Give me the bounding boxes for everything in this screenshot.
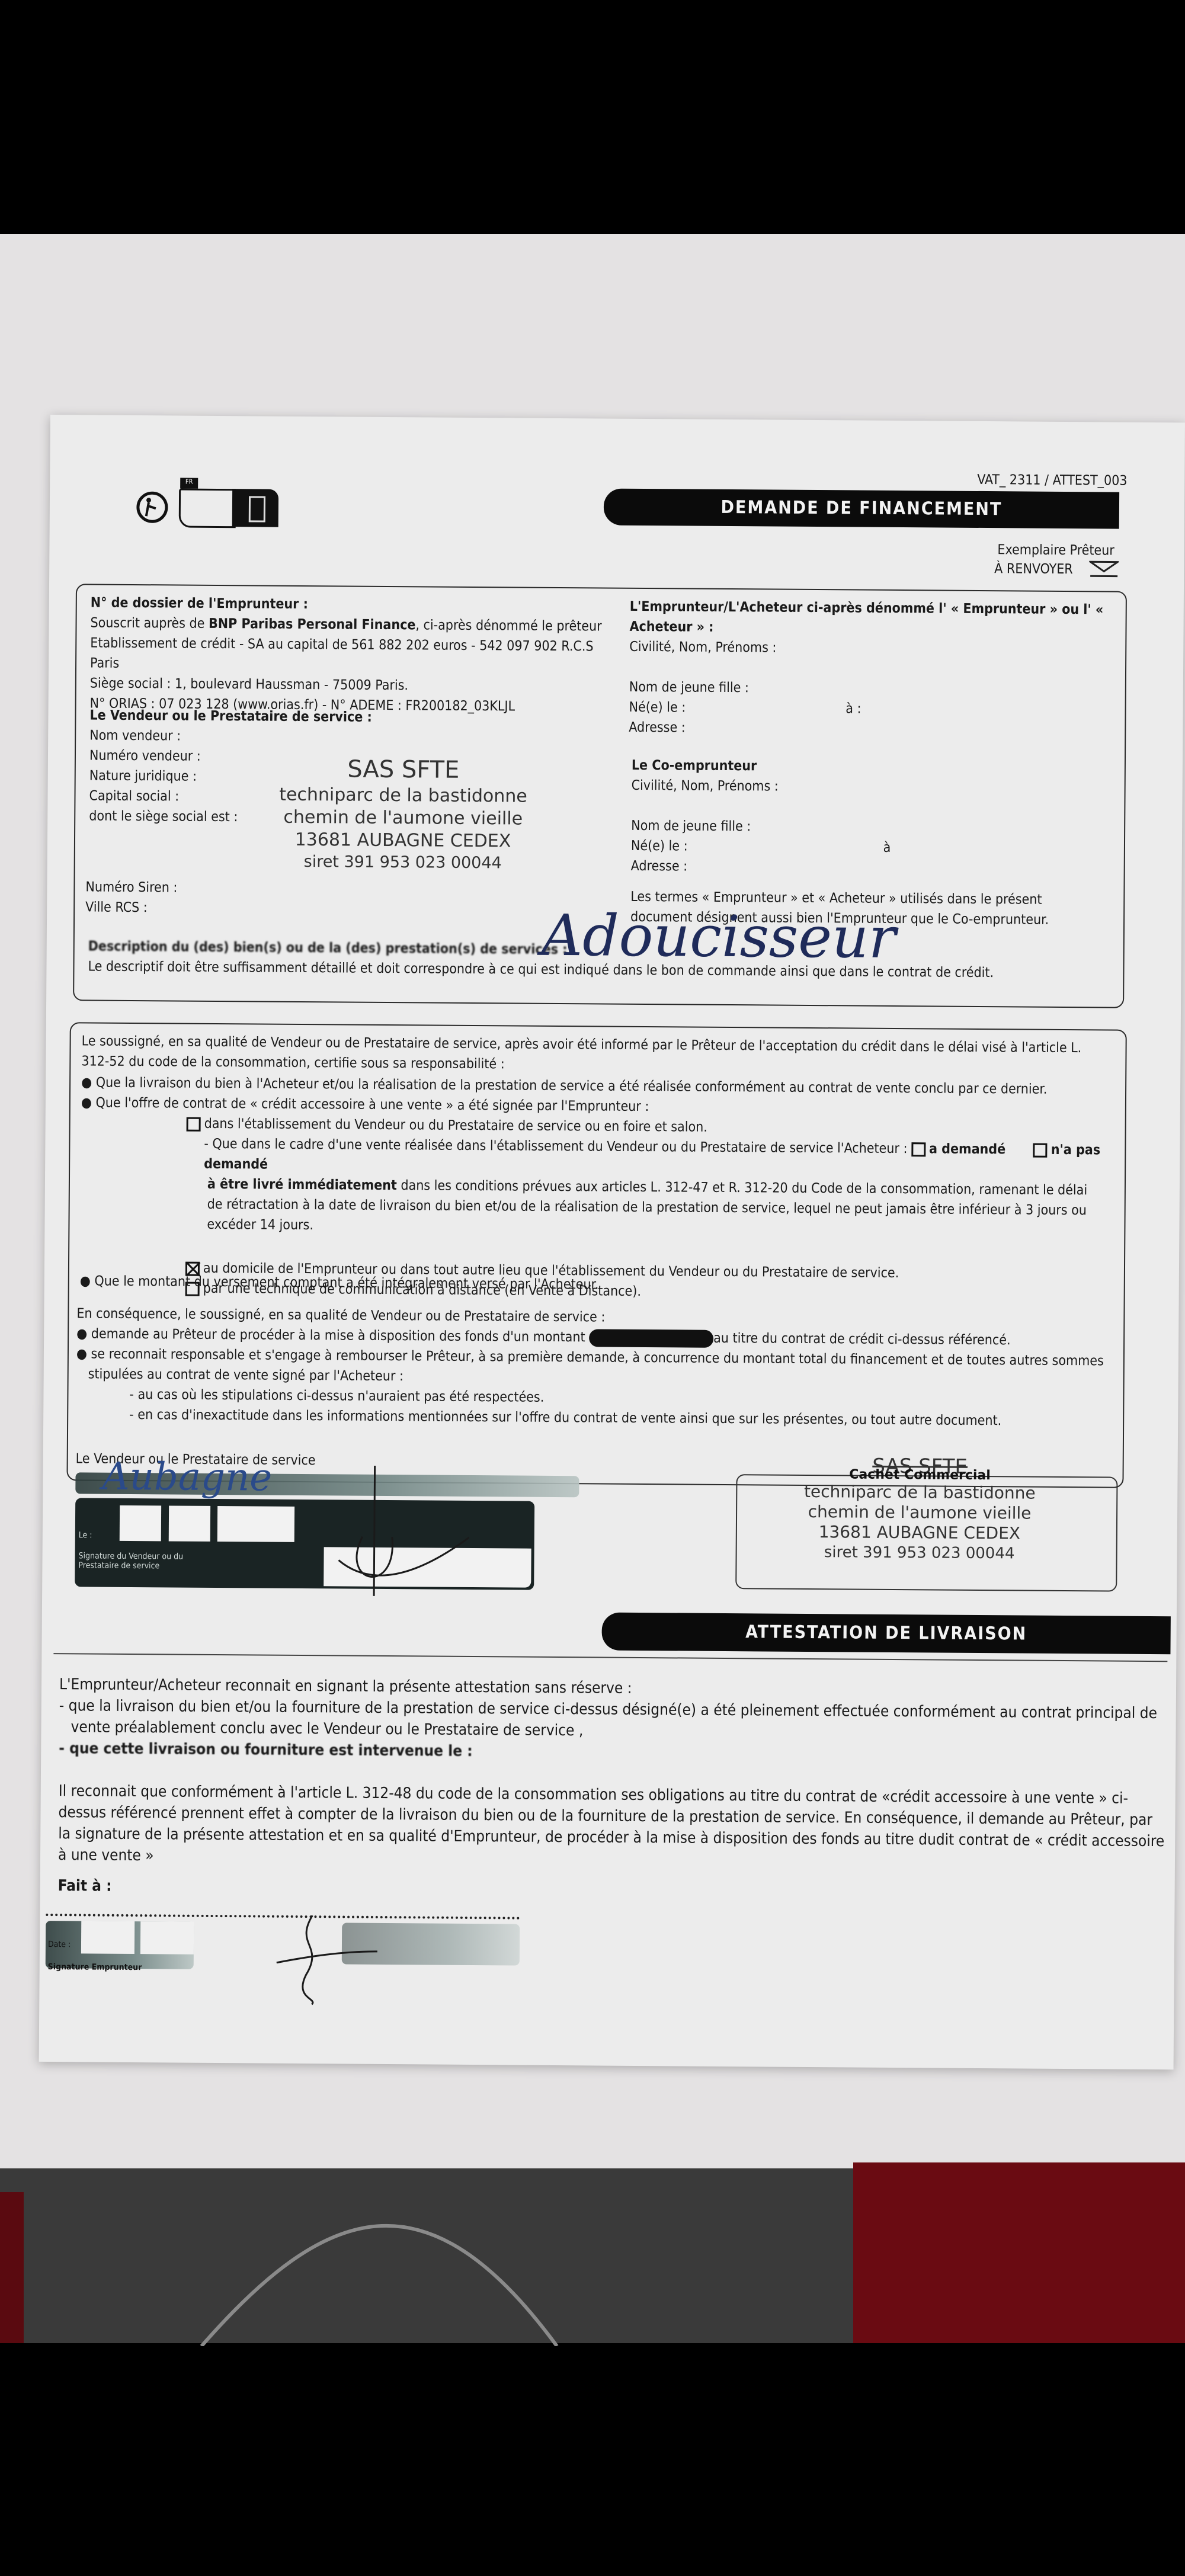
- asked-label: a demandé: [929, 1141, 1005, 1157]
- delivery-point-1: - que la livraison du bien et/ou la four…: [59, 1695, 1167, 1745]
- seller-stamp: SAS SFTE techniparc de la bastidonne che…: [273, 754, 534, 874]
- delivery-section: L'Emprunteur/Acheteur reconnait en signa…: [58, 1674, 1168, 1904]
- not-asked-checkbox[interactable]: [1033, 1143, 1048, 1157]
- borrower-address-label: Adresse :: [629, 717, 1114, 741]
- borrower-born-label: Né(e) le :: [629, 700, 686, 716]
- stamp-siret: siret 391 953 023 00044: [273, 851, 533, 874]
- red-cloth-left: [0, 2192, 24, 2343]
- lender-prefix: Souscrit auprès de: [90, 615, 209, 631]
- date-label: Le :: [79, 1530, 92, 1540]
- responsible-text: se reconnait responsable et s'engage à r…: [88, 1347, 1104, 1385]
- establishment-checkbox[interactable]: [187, 1117, 201, 1131]
- delivery-title: ATTESTATION DE LIVRAISON: [601, 1613, 1170, 1655]
- description-heading: Description du (des) bien(s) ou de la (d…: [88, 936, 568, 960]
- delivery-place-label: Fait à :: [58, 1875, 1166, 1904]
- seller-registry: Numéro Siren : Ville RCS :: [85, 877, 177, 918]
- certification-bullet: Que le montant du versement comptant a é…: [94, 1274, 598, 1293]
- rcs-label: Ville RCS :: [85, 897, 177, 918]
- borrower-heading: L'Emprunteur/L'Acheteur ci-après dénommé…: [629, 597, 1115, 640]
- info-tri-country: FR: [180, 478, 198, 489]
- request-suffix: au titre du contrat de crédit ci-dessus …: [713, 1331, 1011, 1348]
- red-cloth: [853, 2162, 1185, 2343]
- co-borrower-born-at: à: [883, 840, 891, 856]
- cable: [178, 2180, 711, 2346]
- page-title: DEMANDE DE FINANCEMENT: [604, 489, 1119, 529]
- seller-handwritten-place: Aubagne: [102, 1455, 272, 1500]
- delivery-legal: Il reconnait que conformément à l'articl…: [58, 1780, 1167, 1873]
- seller-heading: Le Vendeur ou le Prestataire de service …: [89, 705, 372, 727]
- info-tri-badge: FR: [179, 478, 280, 526]
- borrower-signature: [270, 1909, 377, 2011]
- lender-capital: Etablissement de crédit - SA au capital …: [90, 633, 623, 677]
- borrower-signature-caption: Signature Emprunteur: [48, 1962, 142, 1972]
- certification-bullet: Que l'offre de contrat de « crédit acces…: [95, 1095, 649, 1115]
- lender-name: BNP Paribas Personal Finance: [209, 616, 416, 633]
- stamp-line: techniparc de la bastidonne: [766, 1481, 1074, 1504]
- seller-signature: [303, 1465, 470, 1603]
- commercial-stamp: SAS SFTE Cachet Commercial techniparc de…: [766, 1453, 1074, 1564]
- stamp-line: chemin de l'aumone vieille: [766, 1501, 1074, 1524]
- borrower-file-section: N° de dossier de l'Emprunteur : Souscrit…: [89, 592, 623, 717]
- borrower-born-at: à :: [845, 701, 861, 716]
- copy-label: Exemplaire Prêteur: [997, 540, 1114, 560]
- certification-list: ● Que la livraison du bien à l'Acheteur …: [81, 1072, 1112, 1120]
- stamp-line: 13681 AUBAGNE CEDEX: [273, 829, 533, 853]
- stamp-line: chemin de l'aumone vieille: [273, 806, 533, 831]
- siren-label: Numéro Siren :: [85, 877, 177, 898]
- establishment-note: - Que dans le cadre d'une vente réalisée…: [204, 1136, 907, 1156]
- co-borrower-name-label: Civilité, Nom, Prénoms :: [632, 776, 1117, 799]
- request-text: demande au Prêteur de procéder à la mise…: [91, 1327, 585, 1345]
- seller-field: Nom vendeur :: [89, 725, 372, 747]
- co-borrower-heading: Le Co-emprunteur: [632, 755, 1117, 779]
- borrower-date-label: Date :: [48, 1940, 71, 1949]
- borrower-name-label: Civilité, Nom, Prénoms :: [629, 637, 1115, 661]
- lender-suffix: , ci-après dénommé le prêteur: [415, 617, 601, 634]
- borrower-maiden-label: Nom de jeune fille :: [629, 677, 1115, 701]
- co-borrower-maiden-label: Nom de jeune fille :: [631, 816, 1117, 840]
- immediate-bold: à être livré immédiatement: [207, 1177, 397, 1193]
- consequence-section: En conséquence, le soussigné, en sa qual…: [76, 1303, 1107, 1431]
- certification-intro: Le soussigné, en sa qualité de Vendeur o…: [81, 1031, 1112, 1078]
- stamp-siret: siret 391 953 023 00044: [766, 1542, 1074, 1564]
- stamp-line: techniparc de la bastidonne: [273, 784, 533, 808]
- stamp-company: SAS SFTE: [273, 754, 534, 786]
- paper-icon: [179, 489, 236, 528]
- return-label: À RENVOYER: [994, 559, 1073, 579]
- stamp-line: 13681 AUBAGNE CEDEX: [766, 1521, 1074, 1544]
- triman-recycling-icon: [136, 489, 171, 525]
- seller-signature-caption: Signature du Vendeur ou du Prestataire d…: [78, 1551, 209, 1571]
- trash-bin-icon: [232, 489, 278, 527]
- document-page: FR VAT_ 2311 / ATTEST_003 DEMANDE DE FIN…: [39, 415, 1185, 2069]
- co-borrower-address-label: Adresse :: [631, 856, 1117, 880]
- envelope-icon: [1089, 559, 1119, 577]
- certification-bullet-3: ● Que le montant du versement comptant a…: [80, 1271, 599, 1295]
- borrower-section: L'Emprunteur/L'Acheteur ci-après dénommé…: [629, 597, 1116, 741]
- stamp-caption: Cachet Commercial: [766, 1466, 1074, 1484]
- redacted-amount: [589, 1329, 713, 1347]
- asked-checkbox[interactable]: [911, 1142, 925, 1156]
- divider: [53, 1653, 1167, 1662]
- co-borrower-born-label: Né(e) le :: [631, 838, 688, 854]
- establishment-label: dans l'établissement du Vendeur ou du Pr…: [204, 1116, 707, 1135]
- reference-code: VAT_ 2311 / ATTEST_003: [977, 470, 1127, 491]
